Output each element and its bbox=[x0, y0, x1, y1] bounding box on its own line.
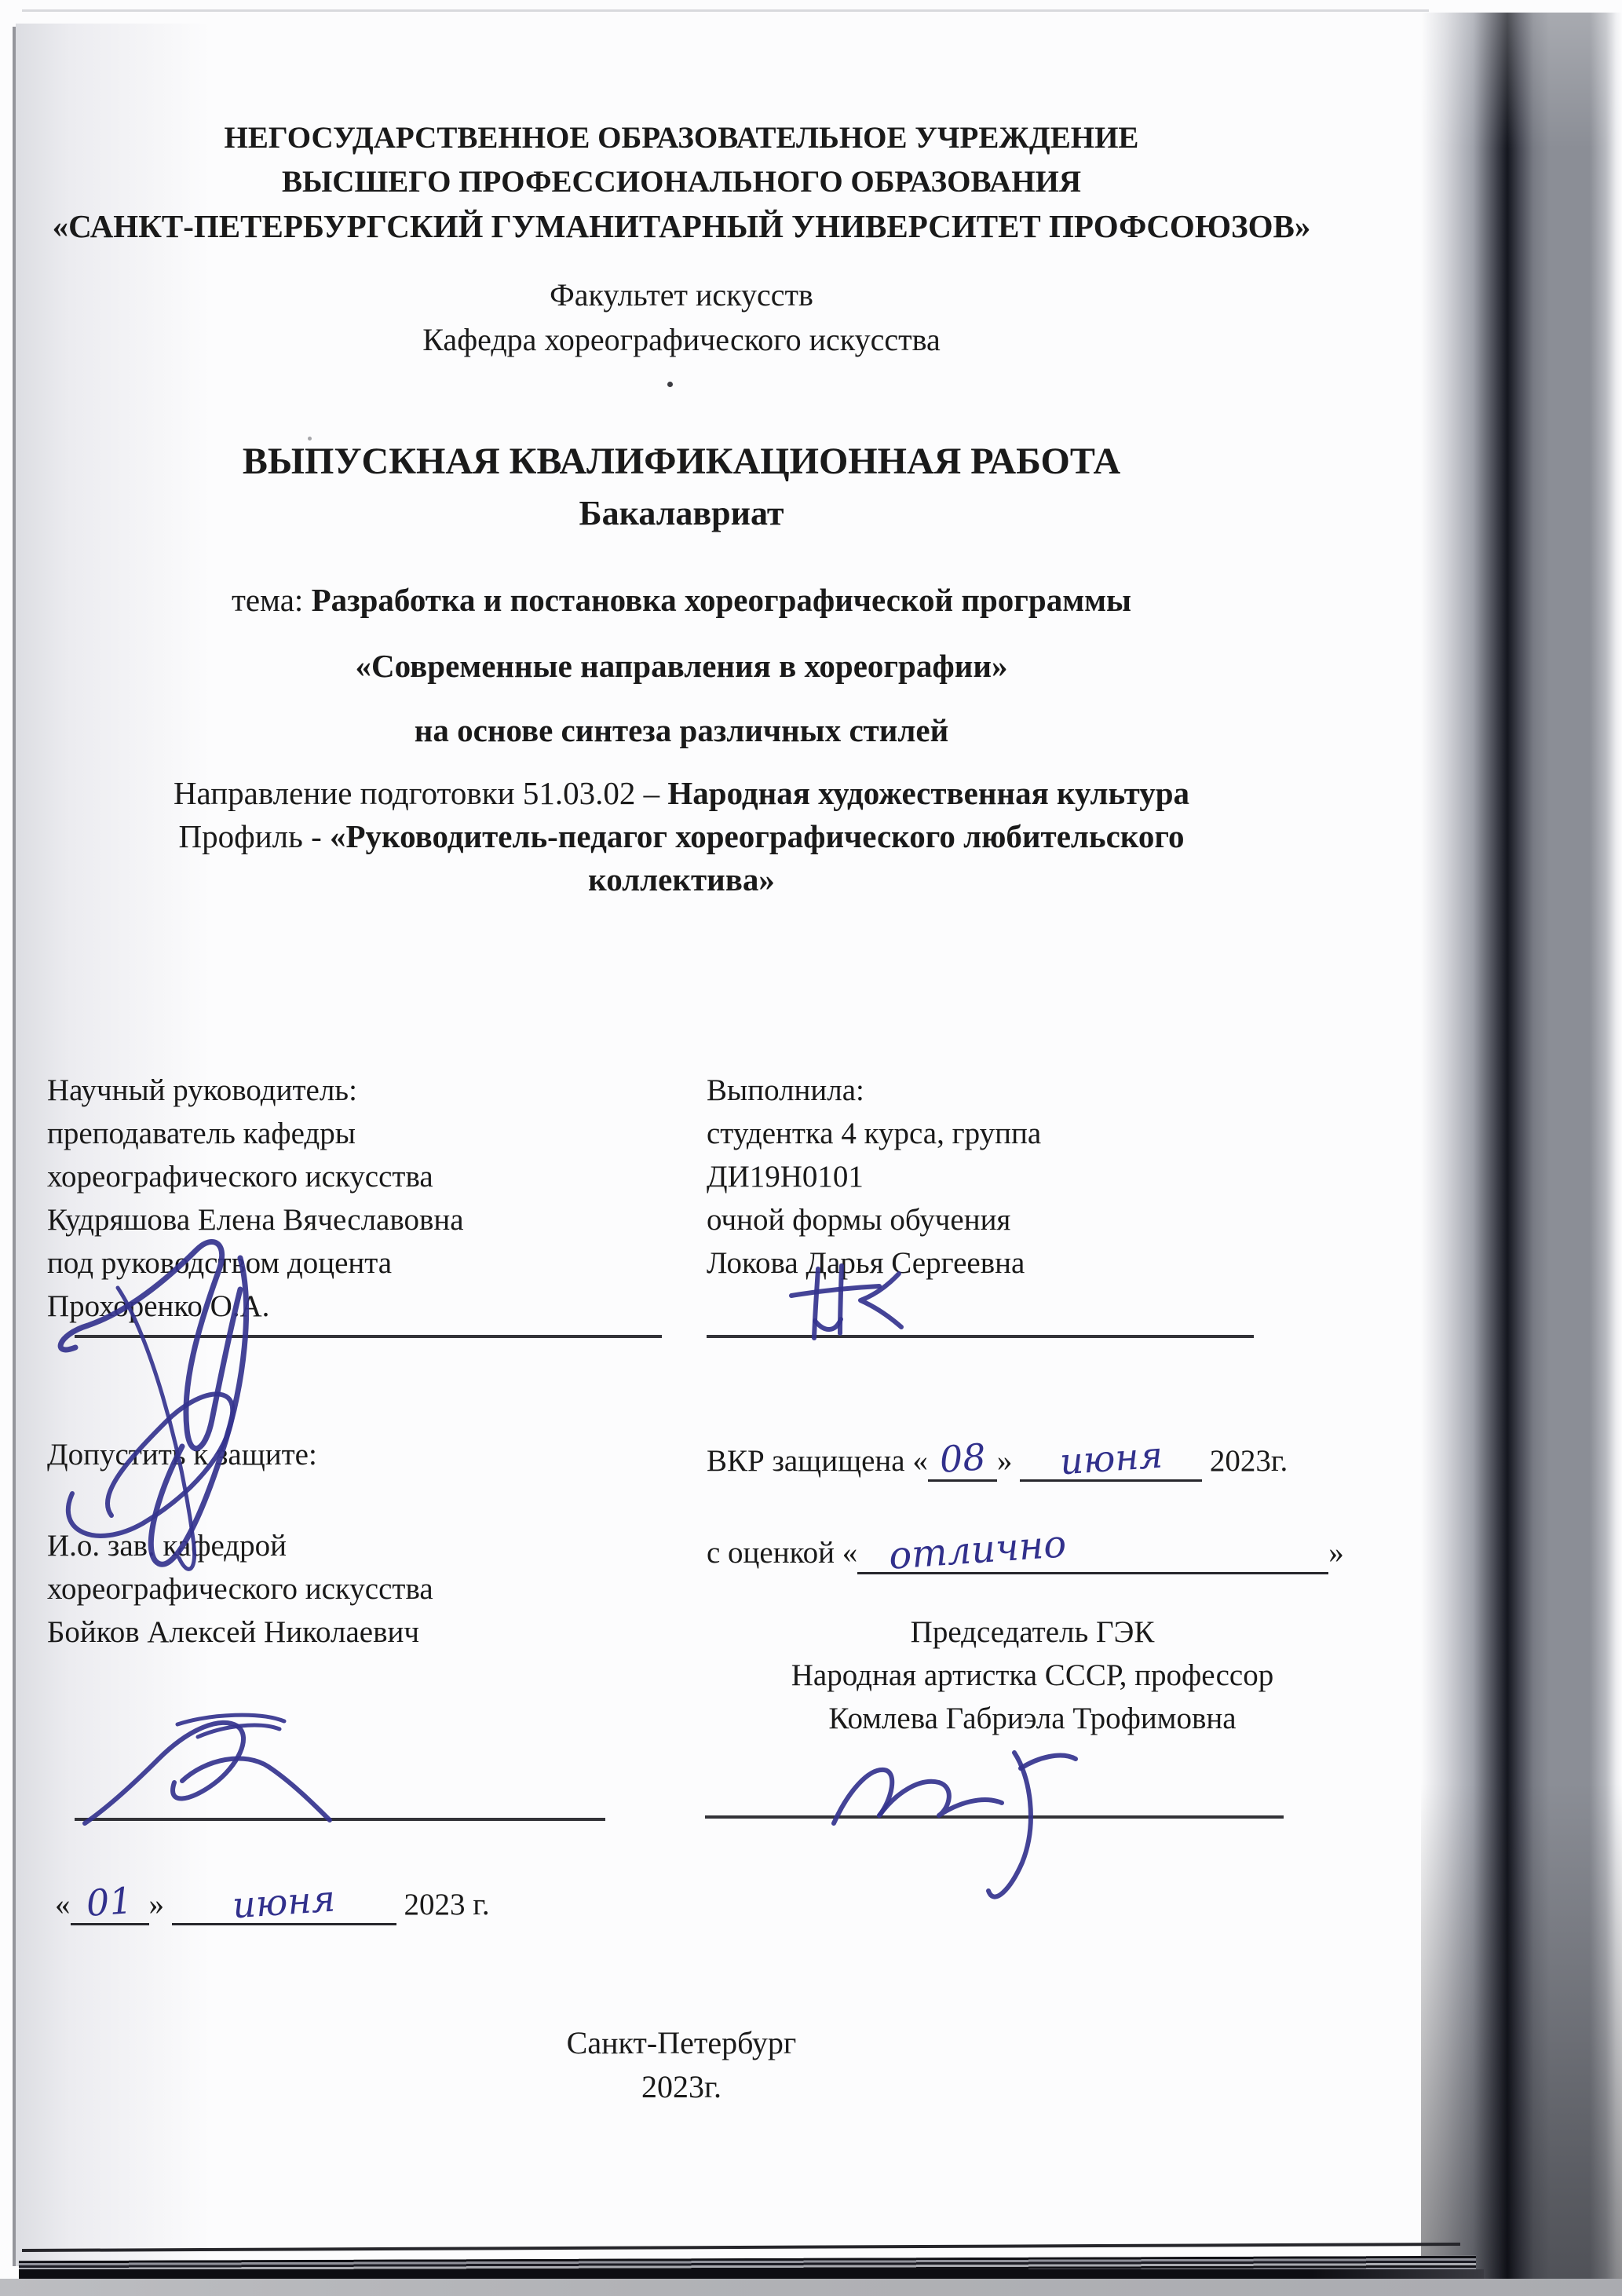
date-month-slot: июня bbox=[172, 1881, 396, 1925]
scanned-title-page: НЕГОСУДАРСТВЕННОЕ ОБРАЗОВАТЕЛЬНОЕ УЧРЕЖД… bbox=[0, 0, 1622, 2296]
defense-month-slot: июня bbox=[1020, 1437, 1202, 1482]
work-type-title: ВЫПУСКНАЯ КВАЛИФИКАЦИОННАЯ РАБОТА bbox=[0, 440, 1363, 483]
grade-handwritten: отлично bbox=[888, 1522, 1069, 1578]
supervisor-line: хореографического искусства bbox=[47, 1159, 691, 1202]
date-day-handwritten: 01 bbox=[85, 1879, 133, 1925]
admission-label: Допустить к защите: bbox=[47, 1437, 691, 1472]
grade-prefix: с оценкой « bbox=[707, 1536, 857, 1570]
defense-prefix: ВКР защищена « bbox=[707, 1444, 928, 1478]
program-label: Направление подготовки 51.03.02 – bbox=[174, 775, 659, 811]
author-line: Локова Дарья Сергеевна bbox=[707, 1245, 1358, 1289]
page-top-edge bbox=[22, 9, 1429, 12]
admission-date-line: «01» июня 2023 г. bbox=[55, 1881, 699, 1925]
chair-signature bbox=[834, 1753, 1076, 1897]
committee-title: Председатель ГЭК bbox=[707, 1614, 1358, 1658]
city-line: Санкт-Петербург bbox=[0, 2024, 1363, 2061]
date-day-slot: 01 bbox=[71, 1881, 149, 1925]
program-value: Народная художественная культура bbox=[667, 775, 1189, 811]
profile-value-line1: «Руководитель-педагог хореографического … bbox=[330, 818, 1184, 854]
defense-date-line: ВКР защищена «08» июня 2023г. bbox=[707, 1437, 1358, 1482]
defense-year: 2023г. bbox=[1210, 1444, 1288, 1478]
department-line: Кафедра хореографического искусства bbox=[0, 321, 1363, 358]
supervisor-line: преподаватель кафедры bbox=[47, 1116, 691, 1159]
supervisor-title: Научный руководитель: bbox=[47, 1073, 691, 1116]
author-title: Выполнила: bbox=[707, 1073, 1358, 1116]
committee-line: Комлева Габриэла Трофимовна bbox=[707, 1701, 1358, 1744]
supervisor-signature-line bbox=[75, 1335, 662, 1338]
head-line: И.о. зав. кафедрой bbox=[47, 1528, 691, 1571]
degree-level: Бакалавриат bbox=[0, 493, 1363, 533]
author-block: Выполнила: студентка 4 курса, группа ДИ1… bbox=[707, 1073, 1358, 1289]
supervisor-line: Прохоренко О.А. bbox=[47, 1289, 691, 1332]
head-line: Бойков Алексей Николаевич bbox=[47, 1614, 691, 1658]
supervisor-line: Кудряшова Елена Вячеславовна bbox=[47, 1202, 691, 1245]
author-signature-line bbox=[707, 1335, 1254, 1338]
committee-line: Народная артистка СССР, профессор bbox=[707, 1658, 1358, 1701]
committee-block: Председатель ГЭК Народная артистка СССР,… bbox=[707, 1614, 1358, 1744]
faculty-line: Факультет искусств bbox=[0, 276, 1363, 313]
bottom-page-edge-line bbox=[22, 2243, 1460, 2252]
defense-month-handwritten: июня bbox=[1058, 1434, 1164, 1483]
profile-line2: коллектива» bbox=[0, 861, 1363, 898]
grade-line: с оценкой «отлично» bbox=[707, 1528, 1358, 1574]
theme-line3: на основе синтеза различных стилей bbox=[0, 711, 1363, 749]
scan-speck bbox=[667, 382, 673, 387]
department-head-block: И.о. зав. кафедрой хореографического иск… bbox=[47, 1528, 691, 1658]
grade-slot: отлично bbox=[857, 1528, 1328, 1574]
supervisor-line: под руководством доцента bbox=[47, 1245, 691, 1289]
profile-line1: Профиль - «Руководитель-педагог хореогра… bbox=[0, 817, 1363, 855]
defense-day-slot: 08 bbox=[928, 1437, 997, 1482]
grade-close: » bbox=[1328, 1536, 1344, 1570]
theme-label: тема: bbox=[232, 582, 303, 618]
supervisor-block: Научный руководитель: преподаватель кафе… bbox=[47, 1073, 691, 1332]
head-signature-line bbox=[75, 1818, 605, 1821]
head-line: хореографического искусства bbox=[47, 1571, 691, 1614]
theme-line1: тема: Разработка и постановка хореографи… bbox=[0, 581, 1363, 619]
date-open-quote: « bbox=[55, 1888, 71, 1921]
scanner-background-strip bbox=[0, 2279, 1622, 2296]
university-header-line1: НЕГОСУДАРСТВЕННОЕ ОБРАЗОВАТЕЛЬНОЕ УЧРЕЖД… bbox=[0, 122, 1363, 155]
theme-line2: «Современные направления в хореографии» bbox=[0, 647, 1363, 685]
date-close-quote: » bbox=[149, 1888, 165, 1921]
book-binding-shadow bbox=[1421, 13, 1622, 2282]
date-year: 2023 г. bbox=[404, 1888, 490, 1921]
university-header-line3: «САНКТ-ПЕТЕРБУРГСКИЙ ГУМАНИТАРНЫЙ УНИВЕР… bbox=[0, 209, 1379, 244]
university-header-line2: ВЫСШЕГО ПРОФЕССИОНАЛЬНОГО ОБРАЗОВАНИЯ bbox=[0, 166, 1363, 199]
author-line: ДИ19Н0101 bbox=[707, 1159, 1358, 1202]
chair-signature-line bbox=[705, 1815, 1284, 1819]
profile-label: Профиль - bbox=[179, 818, 322, 854]
author-line: студентка 4 курса, группа bbox=[707, 1116, 1358, 1159]
author-line: очной формы обучения bbox=[707, 1202, 1358, 1245]
date-month-handwritten: июня bbox=[232, 1877, 337, 1927]
defense-quote-close: » bbox=[997, 1444, 1013, 1478]
program-line: Направление подготовки 51.03.02 – Народн… bbox=[0, 774, 1363, 812]
left-page-edge-line bbox=[13, 27, 16, 2266]
theme-text: Разработка и постановка хореографической… bbox=[312, 582, 1132, 618]
year-line: 2023г. bbox=[0, 2068, 1363, 2105]
defense-day-handwritten: 08 bbox=[938, 1435, 987, 1481]
